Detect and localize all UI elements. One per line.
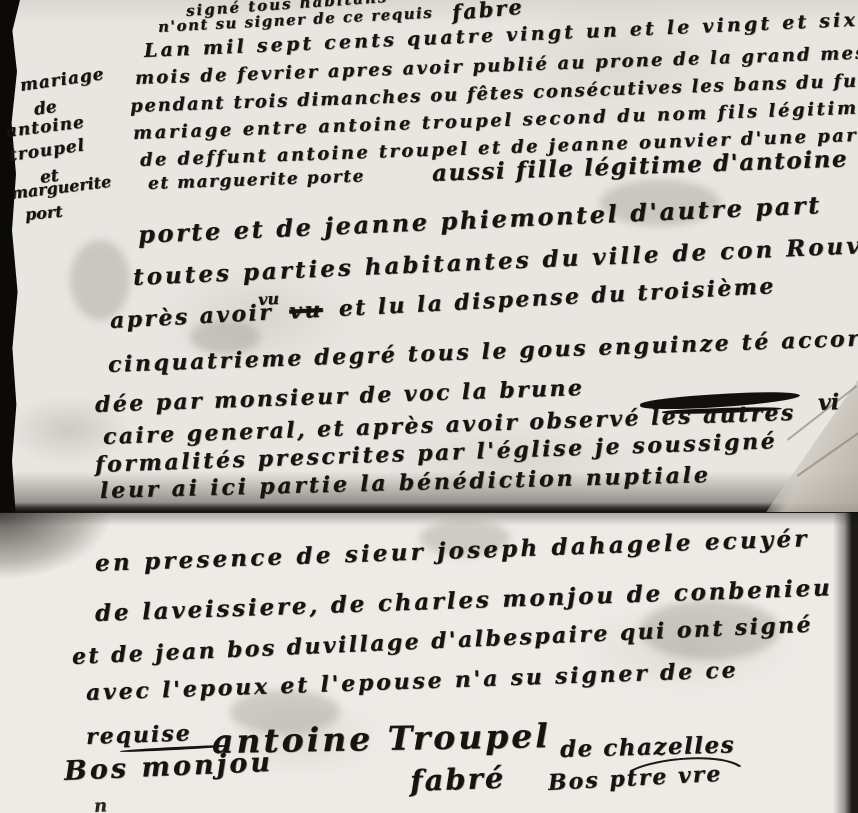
manuscript-scan: signé tous habitans n'ont su signer de c…: [0, 0, 858, 813]
gutter-shadow: [833, 512, 858, 813]
interlinear-insertion: vu: [258, 289, 280, 309]
witness-line: requise: [86, 720, 193, 750]
struck-word: vu: [288, 297, 323, 325]
stray-ink-mark: n: [93, 795, 107, 813]
margin-word: port: [24, 202, 63, 224]
signature-witness: fabré: [409, 761, 505, 798]
act-line: vi: [818, 389, 840, 416]
fragment-seam-shadow: [0, 503, 858, 513]
